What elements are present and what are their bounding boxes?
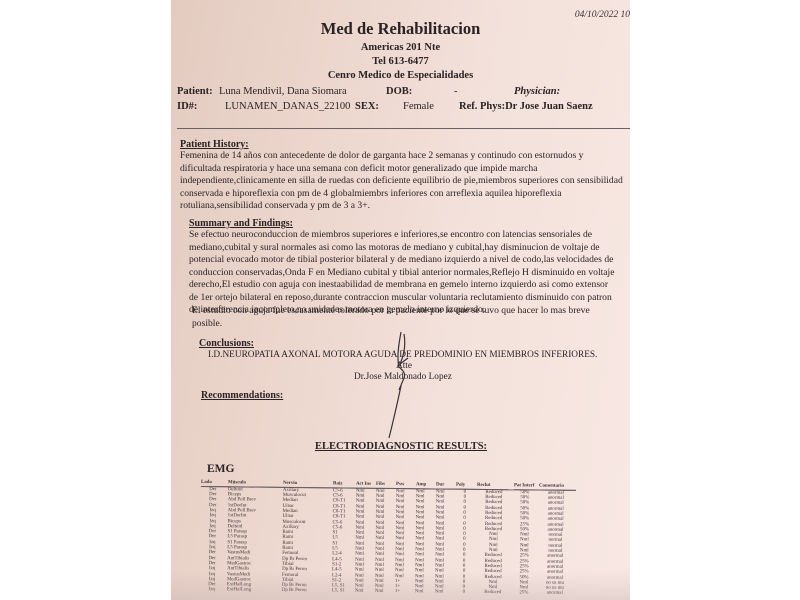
dob-label: DOB:	[386, 86, 412, 97]
clinic-name: Med de Rehabilitacion	[171, 19, 630, 39]
physician-label: Physician:	[514, 86, 560, 97]
dob-value: -	[454, 86, 458, 97]
history-text: Femenina de 14 años con antecedente de d…	[180, 150, 625, 213]
id-label: ID#:	[177, 101, 197, 112]
id-value: LUNAMEN_DANAS_22100	[225, 101, 350, 112]
sex-value: Female	[403, 101, 434, 112]
clinic-phone: Tel 613-6477	[171, 56, 630, 67]
sex-label: SEX:	[355, 101, 379, 112]
history-heading: Patient History:	[180, 139, 249, 150]
header-divider	[177, 128, 630, 129]
conclusions-heading: Conclusions:	[199, 338, 254, 349]
document-photo: 04/10/2022 10 Med de Rehabilitacion Amer…	[171, 0, 630, 600]
patient-label: Patient:	[177, 86, 213, 97]
photo-shadow	[171, 570, 630, 600]
summary-text-2: El estudio con aguja fue escasamente tol…	[192, 305, 612, 330]
clinic-address: Americas 201 Nte	[171, 42, 630, 53]
referring-physician: Ref. Phys:Dr Jose Juan Saenz	[459, 101, 593, 112]
summary-text: Se efectuo neuroconduccion de miembros s…	[189, 229, 619, 317]
patient-name: Luna Mendivil, Dana Siomara	[219, 86, 347, 97]
summary-heading: Summary and Findings:	[189, 218, 293, 229]
emg-title: EMG	[207, 463, 234, 475]
recommendations-heading: Recommendations:	[201, 390, 283, 401]
clinic-center: Cenro Medico de Especialidades	[171, 70, 630, 81]
signature	[386, 330, 426, 440]
results-heading: ELECTRODIAGNOSTIC RESULTS:	[315, 441, 487, 452]
